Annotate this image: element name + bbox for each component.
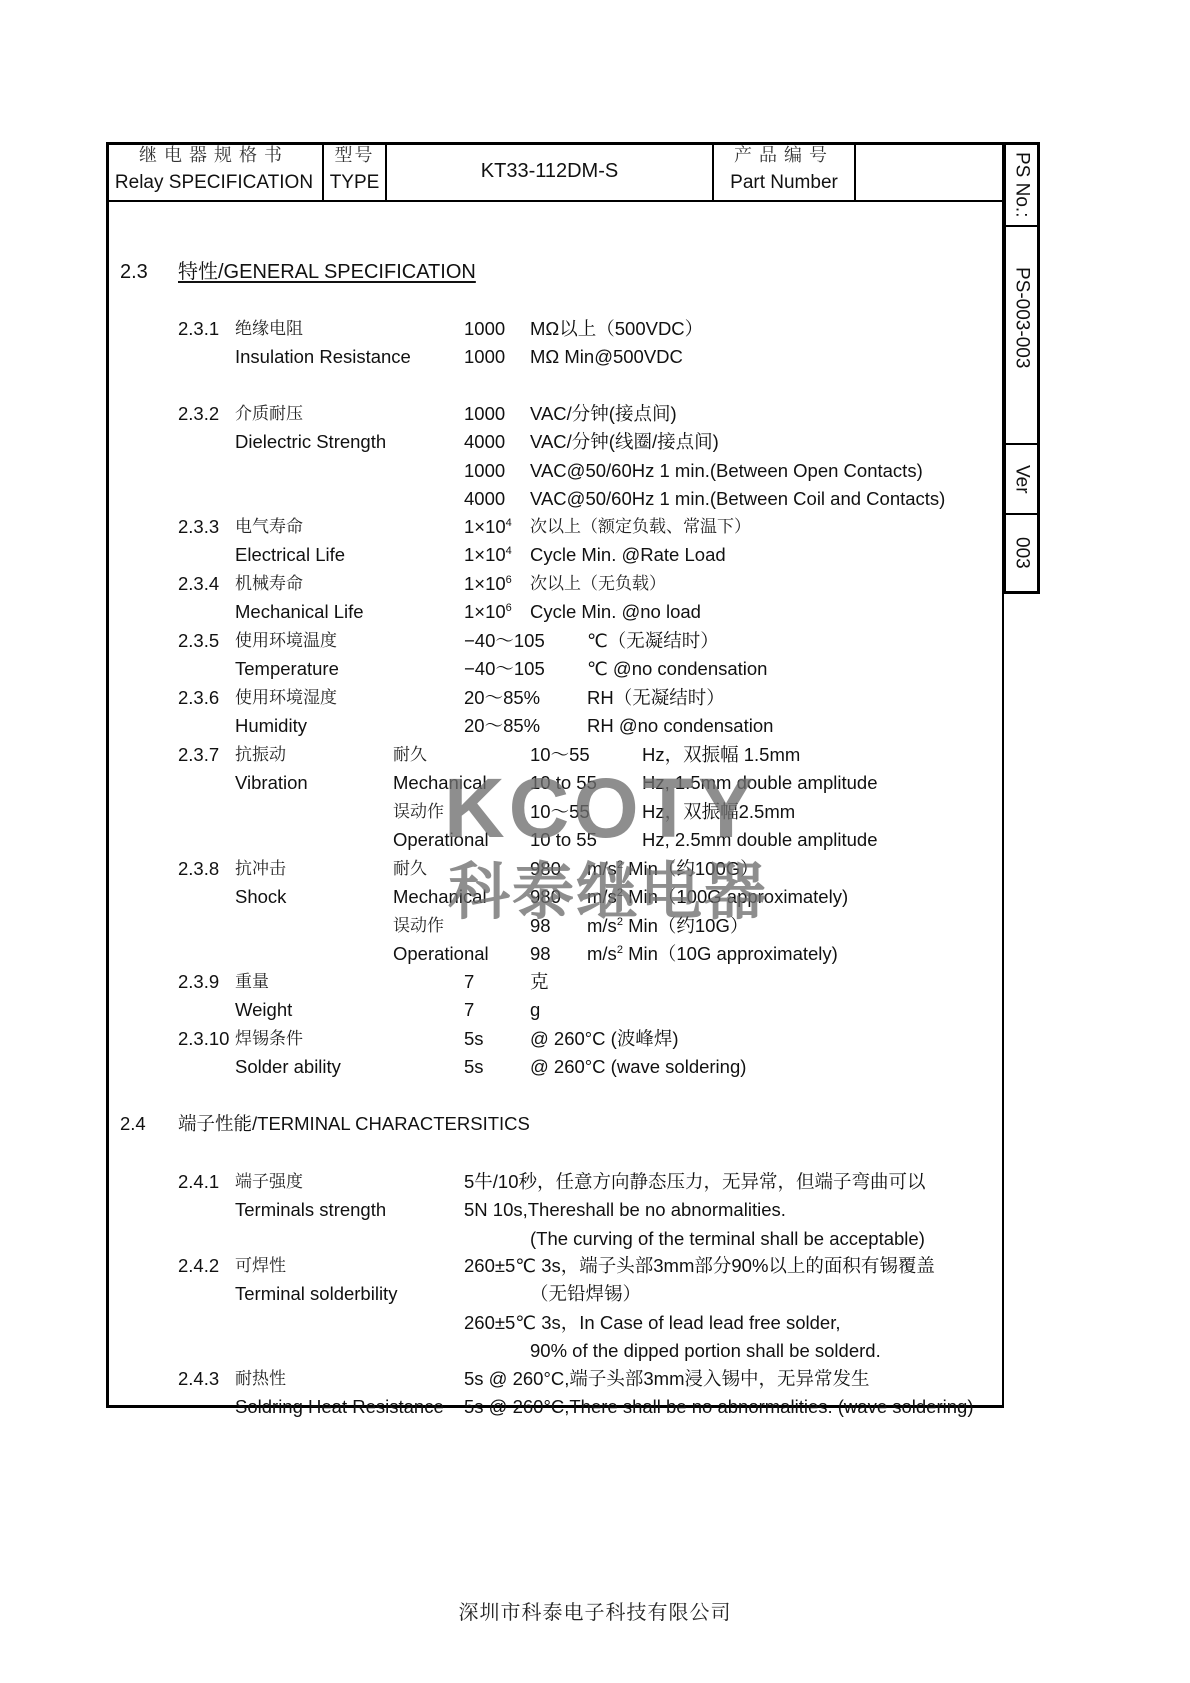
spec-2-3-10-value: 5s xyxy=(464,1027,484,1051)
spec-2-3-2-label-cn: 介质耐压 xyxy=(235,402,303,426)
spec-2-3-7-value: 10～55 xyxy=(530,800,590,824)
spec-2-3-1-value: 1000 xyxy=(464,345,505,369)
spec-2-3-8-value: 98 xyxy=(530,942,551,966)
spec-2-3-2-value: 4000 xyxy=(464,430,505,454)
section-2-3-number: 2.3 xyxy=(120,260,148,284)
ver-value-cell: 003 xyxy=(1006,515,1037,591)
spec-2-3-4-desc: 次以上（无负载） xyxy=(530,572,666,596)
spec-2-3-3-number: 2.3.3 xyxy=(178,515,219,539)
spec-2-3-7-mode: Mechanical xyxy=(393,771,487,795)
spec-2-3-5-desc: ℃（无凝结时） xyxy=(587,629,719,653)
term-2-4-2-label-en: Terminal solderbility xyxy=(235,1282,397,1306)
part-label-en: Part Number xyxy=(714,169,854,196)
spec-2-3-7-value: 10～55 xyxy=(530,743,590,767)
spec-2-3-8-mode: 耐久 xyxy=(393,857,427,881)
spec-2-3-8-mode: 误动作 xyxy=(393,914,444,938)
term-2-4-3-text: 5s @ 260°C,端子头部3mm浸入锡中，无异常发生 xyxy=(464,1367,869,1391)
spec-2-3-5-desc: ℃ @no condensation xyxy=(587,657,767,681)
term-2-4-3-label-en: Soldring Heat Resistance xyxy=(235,1395,444,1419)
spec-2-3-3-desc: 次以上（额定负载、常温下） xyxy=(530,515,751,539)
spec-2-3-9-desc: 克 xyxy=(530,970,549,994)
spec-2-3-3-desc: Cycle Min. @Rate Load xyxy=(530,543,726,567)
spec-2-3-2-number: 2.3.2 xyxy=(178,402,219,426)
model-cell: KT33-112DM-S xyxy=(387,142,714,200)
spec-2-3-5-label-en: Temperature xyxy=(235,657,339,681)
term-2-4-1-label-cn: 端子强度 xyxy=(235,1170,303,1194)
spec-2-3-9-value: 7 xyxy=(464,998,474,1022)
spec-2-3-3-value: 1×104 xyxy=(464,515,512,539)
spec-2-3-3-label-en: Electrical Life xyxy=(235,543,345,567)
spec-2-3-7-label-cn: 抗振动 xyxy=(235,743,286,767)
spec-2-3-4-value: 1×106 xyxy=(464,600,512,624)
spec-2-3-4-label-cn: 机械寿命 xyxy=(235,572,303,596)
spec-2-3-8-mode: Operational xyxy=(393,942,489,966)
spec-2-3-6-label-en: Humidity xyxy=(235,714,307,738)
spec-header: 继电器规格书 Relay SPECIFICATION 型号 TYPE KT33-… xyxy=(106,142,1004,202)
spec-2-3-5-value: −40～105 xyxy=(464,657,545,681)
term-2-4-1-text: (The curving of the terminal shall be ac… xyxy=(530,1227,925,1251)
spec-2-3-5-number: 2.3.5 xyxy=(178,629,219,653)
spec-2-3-9-number: 2.3.9 xyxy=(178,970,219,994)
spec-2-3-2-label-en: Dielectric Strength xyxy=(235,430,386,454)
spec-2-3-6-desc: RH @no condensation xyxy=(587,714,773,738)
model-value: KT33-112DM-S xyxy=(481,160,618,182)
spec-2-3-9-value: 7 xyxy=(464,970,474,994)
spec-2-3-8-value: 980 xyxy=(530,885,561,909)
spec-2-3-7-mode: 误动作 xyxy=(393,800,444,824)
section-2-4-number: 2.4 xyxy=(120,1112,146,1136)
spec-2-3-8-unit: m/s2 Min（约10G） xyxy=(587,914,748,938)
ps-label-cell: PS No.: xyxy=(1006,145,1037,227)
spec-2-3-8-label-en: Shock xyxy=(235,885,286,909)
section-2-4-title: 端子性能/TERMINAL CHARACTERSITICS xyxy=(178,1112,530,1136)
company-footer: 深圳市科泰电子科技有限公司 xyxy=(0,1596,1190,1625)
ps-label: PS No.: xyxy=(1011,152,1033,217)
spec-2-3-4-desc: Cycle Min. @no load xyxy=(530,600,701,624)
ver-value: 003 xyxy=(1011,537,1033,569)
spec-2-3-1-label-en: Insulation Resistance xyxy=(235,345,411,369)
ps-value-cell: PS-003-003 xyxy=(1006,227,1037,445)
spec-2-3-4-label-en: Mechanical Life xyxy=(235,600,364,624)
spec-2-3-8-value: 98 xyxy=(530,914,551,938)
spec-2-3-6-desc: RH（无凝结时） xyxy=(587,686,725,710)
spec-2-3-8-mode: Mechanical xyxy=(393,885,487,909)
spec-2-3-2-value: 1000 xyxy=(464,402,505,426)
doc-title-en: Relay SPECIFICATION xyxy=(106,169,322,196)
spec-2-3-2-desc: VAC@50/60Hz 1 min.(Between Coil and Cont… xyxy=(530,487,945,511)
spec-2-3-8-number: 2.3.8 xyxy=(178,857,219,881)
term-2-4-3-number: 2.4.3 xyxy=(178,1367,219,1391)
term-2-4-1-text: 5牛/10秒，任意方向静态压力，无异常，但端子弯曲可以 xyxy=(464,1170,926,1194)
spec-2-3-3-value: 1×104 xyxy=(464,543,512,567)
spec-2-3-2-desc: VAC/分钟(线圈/接点间) xyxy=(530,430,719,454)
spec-2-3-9-label-cn: 重量 xyxy=(235,970,269,994)
spec-2-3-10-value: 5s xyxy=(464,1055,484,1079)
spec-2-3-7-mode: Operational xyxy=(393,828,489,852)
term-2-4-1-number: 2.4.1 xyxy=(178,1170,219,1194)
spec-2-3-2-desc: VAC@50/60Hz 1 min.(Between Open Contacts… xyxy=(530,459,923,483)
spec-2-3-1-desc: MΩ以上（500VDC） xyxy=(530,317,703,341)
term-2-4-3-text: 5s @ 260°C,There shall be no abnormaliti… xyxy=(464,1395,973,1419)
spec-2-3-2-value: 4000 xyxy=(464,487,505,511)
part-label-cell: 产品编号 Part Number xyxy=(714,142,856,200)
spec-2-3-7-desc: Hz, 1.5mm double amplitude xyxy=(642,771,877,795)
spec-2-3-2-desc: VAC/分钟(接点间) xyxy=(530,402,677,426)
spec-2-3-4-number: 2.3.4 xyxy=(178,572,219,596)
spec-2-3-10-number: 2.3.10 xyxy=(178,1027,229,1051)
spec-2-3-7-label-en: Vibration xyxy=(235,771,308,795)
ps-value: PS-003-003 xyxy=(1011,267,1033,368)
spec-2-3-7-value: 10 to 55 xyxy=(530,771,597,795)
spec-2-3-1-value: 1000 xyxy=(464,317,505,341)
part-number-cell xyxy=(856,142,1004,200)
spec-2-3-6-number: 2.3.6 xyxy=(178,686,219,710)
term-2-4-2-text: 260±5℃ 3s，端子头部3mm部分90%以上的面积有锡覆盖 xyxy=(464,1254,935,1278)
spec-2-3-4-value: 1×106 xyxy=(464,572,512,596)
spec-2-3-7-desc: Hz, 2.5mm double amplitude xyxy=(642,828,877,852)
spec-2-3-9-desc: g xyxy=(530,998,540,1022)
spec-2-3-1-label-cn: 绝缘电阻 xyxy=(235,317,303,341)
ver-label: Ver xyxy=(1011,465,1033,494)
spec-2-3-7-desc: Hz，双振幅 1.5mm xyxy=(642,743,800,767)
term-2-4-1-text: 5N 10s,Thereshall be no abnormalities. xyxy=(464,1198,786,1222)
type-label-en: TYPE xyxy=(324,169,385,196)
spec-2-3-8-value: 980 xyxy=(530,857,561,881)
spec-2-3-5-label-cn: 使用环境温度 xyxy=(235,629,337,653)
spec-2-3-7-desc: Hz，双振幅2.5mm xyxy=(642,800,795,824)
spec-2-3-8-unit: m/s2 Min（100G approximately) xyxy=(587,885,848,909)
spec-2-3-10-label-en: Solder ability xyxy=(235,1055,341,1079)
spec-2-3-10-desc: @ 260°C (wave soldering) xyxy=(530,1055,746,1079)
type-label-cn: 型号 xyxy=(324,142,385,169)
spec-2-3-8-unit: m/s2 Min（约100G） xyxy=(587,857,759,881)
term-2-4-2-number: 2.4.2 xyxy=(178,1254,219,1278)
term-2-4-2-text: 260±5℃ 3s，In Case of lead lead free sold… xyxy=(464,1311,841,1335)
spec-2-3-1-desc: MΩ Min@500VDC xyxy=(530,345,683,369)
spec-2-3-1-number: 2.3.1 xyxy=(178,317,219,341)
section-2-3-title: 特性/GENERAL SPECIFICATION xyxy=(178,260,476,284)
term-2-4-3-label-cn: 耐热性 xyxy=(235,1367,286,1391)
spec-2-3-7-number: 2.3.7 xyxy=(178,743,219,767)
spec-2-3-5-value: −40～105 xyxy=(464,629,545,653)
spec-2-3-8-unit: m/s2 Min（10G approximately) xyxy=(587,942,838,966)
spec-2-3-7-mode: 耐久 xyxy=(393,743,427,767)
part-label-cn: 产品编号 xyxy=(714,142,854,169)
doc-title-cell: 继电器规格书 Relay SPECIFICATION xyxy=(106,142,324,200)
spec-2-3-6-value: 20～85% xyxy=(464,714,540,738)
doc-title-cn: 继电器规格书 xyxy=(106,142,322,169)
term-2-4-2-text: 90% of the dipped portion shall be solde… xyxy=(530,1339,881,1363)
term-2-4-2-text: （无铅焊锡） xyxy=(530,1282,641,1306)
spec-2-3-6-label-cn: 使用环境湿度 xyxy=(235,686,337,710)
ver-label-cell: Ver xyxy=(1006,445,1037,515)
spec-2-3-10-desc: @ 260°C (波峰焊) xyxy=(530,1027,679,1051)
type-label-cell: 型号 TYPE xyxy=(324,142,387,200)
spec-2-3-7-value: 10 to 55 xyxy=(530,828,597,852)
spec-2-3-8-label-cn: 抗冲击 xyxy=(235,857,286,881)
spec-2-3-9-label-en: Weight xyxy=(235,998,292,1022)
spec-2-3-10-label-cn: 焊锡条件 xyxy=(235,1027,303,1051)
term-2-4-2-label-cn: 可焊性 xyxy=(235,1254,286,1278)
spec-2-3-3-label-cn: 电气寿命 xyxy=(235,515,303,539)
spec-2-3-2-value: 1000 xyxy=(464,459,505,483)
spec-2-3-6-value: 20～85% xyxy=(464,686,540,710)
term-2-4-1-label-en: Terminals strength xyxy=(235,1198,386,1222)
ps-number-column: PS No.: PS-003-003 Ver 003 xyxy=(1004,142,1040,594)
